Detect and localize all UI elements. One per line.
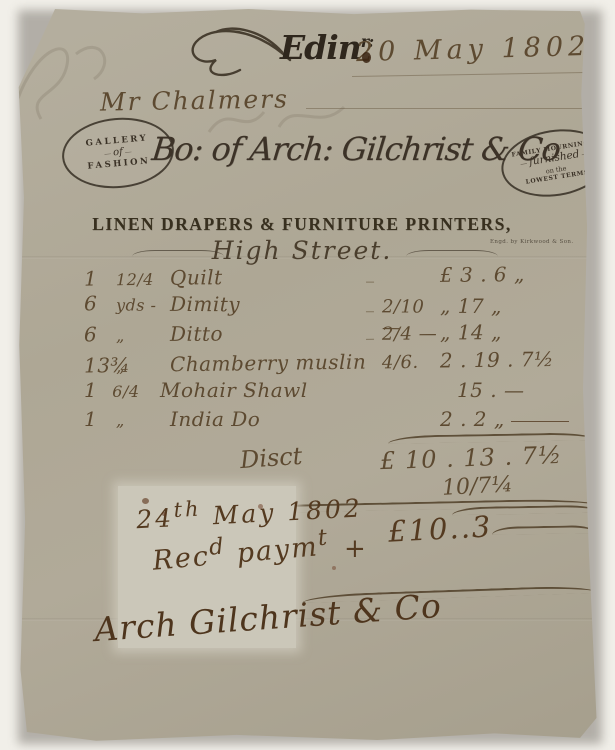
discount-label: Disct (239, 442, 303, 474)
scanned-receipt-photo: Edinr: 20 May 1802 Mr Chalmers GALLERY o… (0, 0, 615, 750)
item-unit: 12/4 (116, 270, 170, 290)
item-amount: „ 17 „ (440, 293, 586, 318)
item-row: 1 „ India Do 2 . 2 „ (84, 407, 586, 436)
receipt-month-year: May 1802 (201, 493, 363, 530)
invoice-date: 20 May 1802 (356, 31, 591, 68)
item-desc: Ditto (170, 321, 362, 346)
item-amount: 2 . 19 . 7½ (440, 346, 586, 372)
receipt-day-superscript: th (173, 497, 202, 522)
leader-line (366, 311, 374, 312)
item-desc: Chamberry muslin (170, 349, 362, 376)
ink-speck (332, 566, 336, 570)
item-unit: „ (116, 356, 170, 376)
item-unit: yds - (116, 295, 170, 314)
received-superscript: d (208, 533, 227, 560)
item-qty: 6 (84, 322, 116, 346)
leader-line (366, 282, 374, 283)
item-unit: 6/4 (112, 382, 160, 401)
receipt-plus-mark: + (344, 534, 366, 564)
masthead-bought-of: Bo: of Arch: Gilchrist & Co (150, 130, 558, 168)
item-rate: 2/4 — (382, 323, 440, 344)
item-qty: 1 (84, 407, 116, 431)
item-unit: „ (116, 326, 170, 345)
item-qty: 6 (84, 291, 116, 315)
header-flourish-icon (182, 22, 294, 80)
item-desc: Dimity (170, 291, 362, 316)
ink-speck (142, 498, 149, 504)
received-word: Rec (151, 541, 211, 577)
swash-flourish-icon (132, 250, 224, 263)
item-amount: 15 . — (431, 378, 586, 402)
item-rate: 4/6. (382, 351, 440, 373)
customer-rule (306, 108, 588, 109)
item-qty: 1 (84, 266, 116, 290)
item-desc: Mohair Shawl (160, 378, 330, 402)
stamp-text: FASHION (87, 156, 151, 172)
discount-amount: 10/7¼ (441, 472, 513, 501)
receipt-amount-dash (492, 525, 596, 535)
ink-speck (162, 512, 166, 516)
item-rate (382, 282, 440, 283)
item-desc: India Do (170, 407, 362, 431)
item-amount: „ 14 „ (440, 320, 586, 345)
place-name-text: Edin (280, 28, 361, 67)
item-qty: 13¾ (84, 353, 116, 377)
engraver-imprint: Engd. by Kirkwood & Son. (490, 239, 574, 245)
item-amount: £ 3 . 6 „ (440, 261, 586, 287)
payment-word: paym (225, 531, 320, 570)
item-unit: „ (116, 411, 170, 430)
items-table: 1 12/4 Quilt £ 3 . 6 „ 6 yds - Dimity 2/… (84, 264, 586, 435)
receipt-day: 24 (136, 503, 175, 534)
date-underline (352, 72, 588, 77)
item-row: 1 6/4 Mohair Shawl 15 . — (84, 378, 586, 407)
leader-line (366, 339, 374, 340)
item-row: 6 yds - Dimity 2/10 — „ 17 „ (84, 291, 586, 323)
gross-total-amount: £ 10 . 13 . 7½ (380, 441, 563, 475)
swash-flourish-icon (406, 250, 498, 263)
item-desc: Quilt (170, 264, 362, 290)
item-amount: 2 . 2 „ (432, 407, 586, 431)
customer-name: Mr Chalmers (100, 84, 289, 116)
ink-speck (362, 52, 371, 63)
masthead-trade-line: LINEN DRAPERS & FURNITURE PRINTERS, (42, 214, 562, 235)
paper-sheet: Edinr: 20 May 1802 Mr Chalmers GALLERY o… (14, 6, 600, 743)
ink-speck (258, 504, 263, 509)
item-row: 1 12/4 Quilt £ 3 . 6 „ (84, 261, 586, 295)
item-row: 13¾ „ Chamberry muslin 4/6. 2 . 19 . 7½ (84, 346, 586, 382)
receipt-amount: £10..3 (387, 509, 493, 548)
item-row: 6 „ Ditto 2/4 — „ 14 „ (84, 320, 586, 351)
payment-superscript: t (317, 524, 330, 551)
